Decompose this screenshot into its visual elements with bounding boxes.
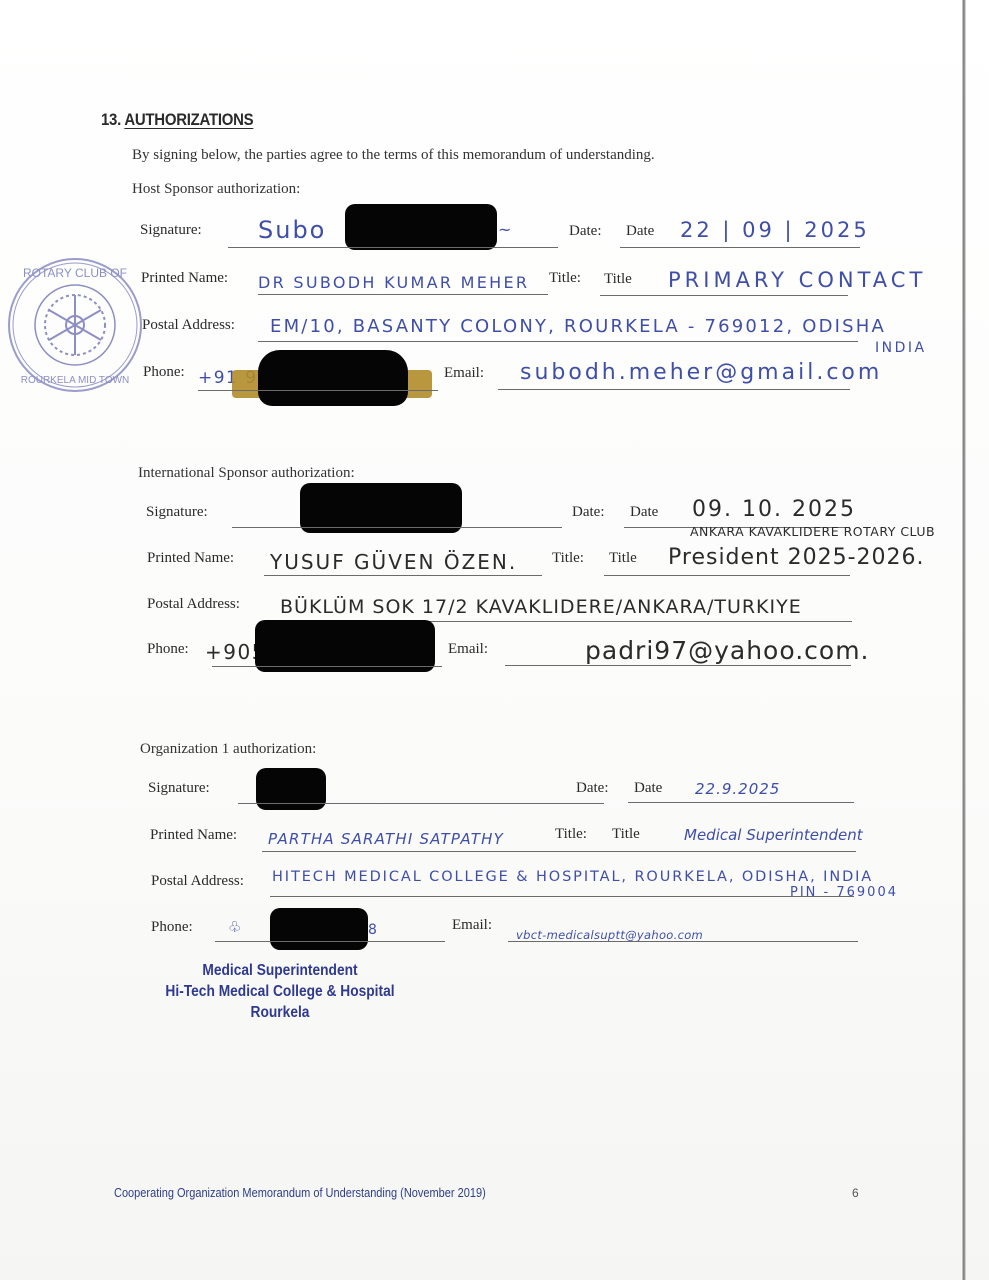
title-label: Title: xyxy=(549,270,581,287)
organization-1-title[interactable]: Medical Superintendent xyxy=(684,826,863,844)
intro-text: By signing below, the parties agree to t… xyxy=(132,147,655,164)
date-field-label: Date xyxy=(626,223,654,240)
phone-line xyxy=(215,941,445,942)
signature-label: Signature: xyxy=(148,780,210,797)
date-line xyxy=(620,247,860,248)
title-line xyxy=(600,295,848,296)
phone-label: Phone: xyxy=(147,641,189,658)
email-label: Email: xyxy=(444,365,484,382)
title-line xyxy=(604,575,850,576)
organization-1-phone[interactable]: 8 xyxy=(368,922,378,938)
date-line xyxy=(628,802,854,803)
title-field-label: Title xyxy=(609,550,637,567)
host-sponsor-heading: Host Sponsor authorization: xyxy=(132,181,300,198)
international-printed-name[interactable]: YUSUF GÜVEN ÖZEN. xyxy=(270,550,517,574)
section-title: AUTHORIZATIONS xyxy=(124,110,253,129)
signature-label: Signature: xyxy=(146,504,208,521)
redaction-block xyxy=(300,483,462,533)
redaction-block xyxy=(270,908,368,950)
email-line xyxy=(505,665,851,666)
postal-address-label: Postal Address: xyxy=(151,873,244,890)
redaction-block xyxy=(258,350,408,406)
title-label: Title: xyxy=(552,550,584,567)
date-label: Date: xyxy=(576,780,608,797)
phone-line xyxy=(212,666,442,667)
host-title[interactable]: PRIMARY CONTACT xyxy=(668,268,926,292)
organization-1-date[interactable]: 22.9.2025 xyxy=(695,780,780,798)
signature-line xyxy=(228,247,558,248)
host-signature[interactable]: Subo xyxy=(258,216,326,244)
printed-name-line xyxy=(262,851,856,852)
host-postal-address-line2: INDIA xyxy=(875,340,927,356)
stamp-line-1: Medical Superintendent xyxy=(151,960,409,981)
title-field-label: Title xyxy=(604,271,632,288)
date-field-label: Date xyxy=(630,504,658,521)
organization-1-postal-address-line2: PIN - 769004 xyxy=(790,885,898,900)
email-line xyxy=(508,941,858,942)
international-date[interactable]: 09. 10. 2025 xyxy=(692,497,856,522)
date-field-label: Date xyxy=(634,780,662,797)
printed-name-label: Printed Name: xyxy=(147,550,234,567)
signature-line xyxy=(238,803,604,804)
page-edge xyxy=(962,0,966,1280)
signature-line xyxy=(232,527,562,528)
signature-tail: ~ xyxy=(498,220,513,239)
signature-label: Signature: xyxy=(140,222,202,239)
redaction-block xyxy=(345,204,497,250)
international-title[interactable]: President 2025-2026. xyxy=(668,545,925,570)
host-email[interactable]: subodh.meher@gmail.com xyxy=(520,360,882,385)
email-label: Email: xyxy=(448,641,488,658)
organization-1-heading: Organization 1 authorization: xyxy=(140,741,316,758)
section-heading: 13. AUTHORIZATIONS xyxy=(101,110,253,130)
svg-text:ROURKELA MID TOWN: ROURKELA MID TOWN xyxy=(21,375,130,386)
phone-label: Phone: xyxy=(151,919,193,936)
official-stamp: Medical Superintendent Hi-Tech Medical C… xyxy=(151,960,409,1023)
title-field-label: Title xyxy=(612,826,640,843)
host-date[interactable]: 22 | 09 | 2025 xyxy=(680,218,870,242)
redaction-block xyxy=(255,620,435,672)
postal-address-label: Postal Address: xyxy=(147,596,240,613)
international-sponsor-heading: International Sponsor authorization: xyxy=(138,465,355,482)
printed-name-line xyxy=(258,294,548,295)
phone-label: Phone: xyxy=(143,364,185,381)
international-title-note: ANKARA KAVAKLIDERE ROTARY CLUB xyxy=(690,524,935,539)
svg-text:ROTARY CLUB OF: ROTARY CLUB OF xyxy=(23,266,127,280)
phone-mark: ♧ xyxy=(228,918,243,936)
printed-name-line xyxy=(264,575,542,576)
printed-name-label: Printed Name: xyxy=(150,827,237,844)
page-number: 6 xyxy=(852,1186,859,1200)
organization-1-printed-name[interactable]: PARTHA SARATHI SATPATHY xyxy=(268,830,504,848)
phone-line xyxy=(198,390,438,391)
organization-1-email[interactable]: vbct-medicalsuptt@yahoo.com xyxy=(516,928,703,942)
stamp-line-2: Hi-Tech Medical College & Hospital xyxy=(151,981,409,1002)
postal-address-line xyxy=(270,896,854,897)
postal-address-line xyxy=(258,341,858,342)
international-email[interactable]: padri97@yahoo.com. xyxy=(585,636,870,665)
footer-text: Cooperating Organization Memorandum of U… xyxy=(114,1186,486,1200)
email-label: Email: xyxy=(452,917,492,934)
organization-1-postal-address[interactable]: HITECH MEDICAL COLLEGE & HOSPITAL, ROURK… xyxy=(272,869,873,885)
stamp-line-3: Rourkela xyxy=(151,1002,409,1023)
date-label: Date: xyxy=(569,223,601,240)
email-line xyxy=(498,389,850,390)
host-printed-name[interactable]: DR SUBODH KUMAR MEHER xyxy=(258,273,529,292)
postal-address-label: Postal Address: xyxy=(142,317,235,334)
rotary-club-seal-icon: ROTARY CLUB OF ROURKELA MID TOWN xyxy=(5,255,145,395)
international-postal-address[interactable]: BÜKLÜM SOK 17/2 KAVAKLIDERE/ANKARA/TURKI… xyxy=(280,596,802,618)
date-label: Date: xyxy=(572,504,604,521)
title-label: Title: xyxy=(555,826,587,843)
section-number: 13. xyxy=(101,110,121,129)
host-postal-address[interactable]: EM/10, BASANTY COLONY, ROURKELA - 769012… xyxy=(270,316,886,337)
printed-name-label: Printed Name: xyxy=(141,270,228,287)
